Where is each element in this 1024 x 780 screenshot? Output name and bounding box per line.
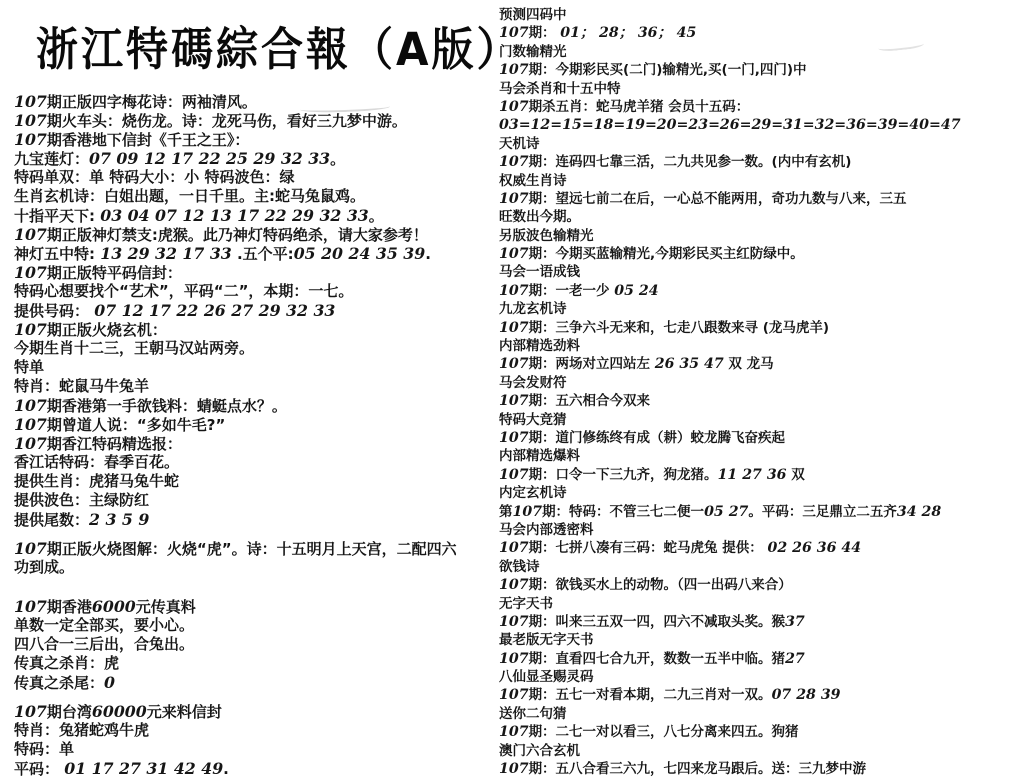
text-line: 107期正版四字梅花诗：两袖清风。 xyxy=(14,92,500,111)
text-line: 天机诗 xyxy=(499,135,1022,153)
text-line: 十指平天下: 03 04 07 12 13 17 22 29 32 33。 xyxy=(14,206,500,225)
text-line: 107期香港6000元传真料 xyxy=(14,597,500,616)
text-line: 八仙显圣赐灵码 xyxy=(499,668,1022,686)
text-line: 特码大竞猜 xyxy=(499,411,1022,429)
text-line: 马会内部透密料 xyxy=(499,521,1022,539)
text-line: 无字天书 xyxy=(499,595,1022,613)
text-line: 九龙玄机诗 xyxy=(499,300,1022,318)
text-line: 旺数出今期。 xyxy=(499,208,1022,226)
text-line: 门数输精光 xyxy=(499,43,1022,61)
text-line: 107期：欲钱买水上的动物。（四一出码八来合） xyxy=(499,576,1022,594)
text-line: 提供尾数：2 3 5 9 xyxy=(14,510,500,529)
text-line: 内部精选劲料 xyxy=(499,337,1022,355)
text-line: 功到成。 xyxy=(14,558,500,577)
text-line: 香江话特码：春季百花。 xyxy=(14,453,500,472)
text-section: 107期正版四字梅花诗：两袖清风。107期火车头：烧伤龙。诗：龙死马伤，看好三九… xyxy=(14,92,500,529)
text-line: 提供波色：主绿防红 xyxy=(14,491,500,510)
text-line: 107期曾道人说：“多如牛毛?” xyxy=(14,415,500,434)
right-column: 预测四码中107期： 01； 28； 36； 45门数输精光107期：今期彩民买… xyxy=(499,6,1022,778)
text-line: 马会发财符 xyxy=(499,374,1022,392)
text-line: 107期：二七一对以看三，八七分离来四五。狗猪 xyxy=(499,723,1022,741)
text-line: 107期台湾60000元来料信封 xyxy=(14,702,500,721)
left-column: 107期正版四字梅花诗：两袖清风。107期火车头：烧伤龙。诗：龙死马伤，看好三九… xyxy=(14,92,500,778)
text-line: 送你二句猜 xyxy=(499,705,1022,723)
text-section: 107期正版火烧图解：火烧“虎”。诗：十五明月上天宫，二配四六功到成。 xyxy=(14,539,500,577)
text-line: 107期： 01； 28； 36； 45 xyxy=(499,24,1022,42)
text-line: 预测四码中 xyxy=(499,6,1022,24)
text-line: 107期：今期彩民买(二门)输精光,买(一门,四门)中 xyxy=(499,61,1022,79)
text-line: 内定玄机诗 xyxy=(499,484,1022,502)
text-line: 03=12=15=18=19=20=23=26=29=31=32=36=39=4… xyxy=(499,116,1022,134)
page-title: 浙江特碼綜合報（A版） xyxy=(36,14,522,79)
text-line: 107期：五八合看三六九，七四来龙马跟后。送：三九梦中游 xyxy=(499,760,1022,778)
text-line: 107期：五七一对看本期，二九三肖对一双。07 28 39 xyxy=(499,686,1022,704)
text-line: 神灯五中特: 13 29 32 17 33 .五个平:05 20 24 35 3… xyxy=(14,244,500,263)
text-line: 107期：直看四七合九开，数数一五半中临。猪27 xyxy=(499,650,1022,668)
text-line: 107期香港地下信封《千王之王》： xyxy=(14,130,500,149)
text-line: 特码心想要找个“艺术”，平码“二”，本期：一七。 xyxy=(14,282,500,301)
text-line: 九宝莲灯：07 09 12 17 22 25 29 32 33。 xyxy=(14,149,500,168)
text-line: 107期：连码四七靠三活，二九共见参一数。(内中有玄机) xyxy=(499,153,1022,171)
text-line: 107期：口令一下三九齐，狗龙猪。11 27 36 双 xyxy=(499,466,1022,484)
text-line: 107期：三争六斗无来和，七走八跟数来寻 (龙马虎羊) xyxy=(499,319,1022,337)
text-line: 第107期：特码：不管三七二便一05 27。平码：三足鼎立二五齐34 28 xyxy=(499,503,1022,521)
text-line: 传真之杀肖：虎 xyxy=(14,654,500,673)
text-line: 107期：望远七前二在后，一心总不能两用，奇功九数与八来，三五 xyxy=(499,190,1022,208)
text-line: 107期：两场对立四站左 26 35 47 双 龙马 xyxy=(499,355,1022,373)
text-line: 107期：五六相合今双来 xyxy=(499,392,1022,410)
scanned-report-page: 浙江特碼綜合報（A版） 107期正版四字梅花诗：两袖清风。107期火车头：烧伤龙… xyxy=(0,0,1024,780)
text-line: 107期：道门修练终有成（耕）蛟龙腾飞奋疾起 xyxy=(499,429,1022,447)
text-line: 107期：叫来三五双一四，四六不减取头奖。猴37 xyxy=(499,613,1022,631)
text-line: 107期香港第一手欲钱料：蜻蜓点水？。 xyxy=(14,396,500,415)
text-line: 提供号码： 07 12 17 22 26 27 29 32 33 xyxy=(14,301,500,320)
text-line: 107期正版特平码信封： xyxy=(14,263,500,282)
text-line: 特单 xyxy=(14,358,500,377)
text-section: 107期香港6000元传真料单数一定全部买，要小心。四八合一三后出，合兔出。传真… xyxy=(14,597,500,692)
text-line: 单数一定全部买，要小心。 xyxy=(14,616,500,635)
text-line: 平码： 01 17 27 31 42 49. xyxy=(14,759,500,778)
text-line: 四八合一三后出，合兔出。 xyxy=(14,635,500,654)
text-line: 107期：一老一少 05 24 xyxy=(499,282,1022,300)
text-line: 另版波色输精光 xyxy=(499,227,1022,245)
text-section: 预测四码中107期： 01； 28； 36； 45门数输精光107期：今期彩民买… xyxy=(499,6,1022,778)
text-line: 传真之杀尾：0 xyxy=(14,673,500,692)
text-line: 马会杀肖和十五中特 xyxy=(499,80,1022,98)
text-line: 107期：七拼八凑有三码：蛇马虎兔 提供： 02 26 36 44 xyxy=(499,539,1022,557)
text-section: 107期台湾60000元来料信封特肖：兔猪蛇鸡牛虎特码：单平码： 01 17 2… xyxy=(14,702,500,778)
text-line: 内部精选爆料 xyxy=(499,447,1022,465)
text-line: 特码：单 xyxy=(14,740,500,759)
text-line: 权威生肖诗 xyxy=(499,172,1022,190)
text-line: 马会一语成钱 xyxy=(499,263,1022,281)
text-line: 特肖：兔猪蛇鸡牛虎 xyxy=(14,721,500,740)
text-line: 107期香江特码精选报： xyxy=(14,434,500,453)
text-line: 107期火车头：烧伤龙。诗：龙死马伤，看好三九梦中游。 xyxy=(14,111,500,130)
text-line: 今期生肖十二三，王朝马汉站两旁。 xyxy=(14,339,500,358)
text-line: 生肖玄机诗：白姐出题，一日千里。主:蛇马兔鼠鸡。 xyxy=(14,187,500,206)
text-line: 107期：今期买蓝输精光,今期彩民买主红防绿中。 xyxy=(499,245,1022,263)
text-line: 特码单双：单 特码大小：小 特码波色：绿 xyxy=(14,168,500,187)
text-line: 107期正版神灯禁支:虎猴。此乃神灯特码绝杀，请大家参考！ xyxy=(14,225,500,244)
text-line: 特肖：蛇鼠马牛兔羊 xyxy=(14,377,500,396)
text-line: 欲钱诗 xyxy=(499,558,1022,576)
text-line: 107期正版火烧图解：火烧“虎”。诗：十五明月上天宫，二配四六 xyxy=(14,539,500,558)
text-line: 107期正版火烧玄机： xyxy=(14,320,500,339)
text-line: 提供生肖：虎猪马兔牛蛇 xyxy=(14,472,500,491)
text-line: 澳门六合玄机 xyxy=(499,742,1022,760)
text-line: 最老版无字天书 xyxy=(499,631,1022,649)
text-line: 107期杀五肖：蛇马虎羊猪 会员十五码： xyxy=(499,98,1022,116)
